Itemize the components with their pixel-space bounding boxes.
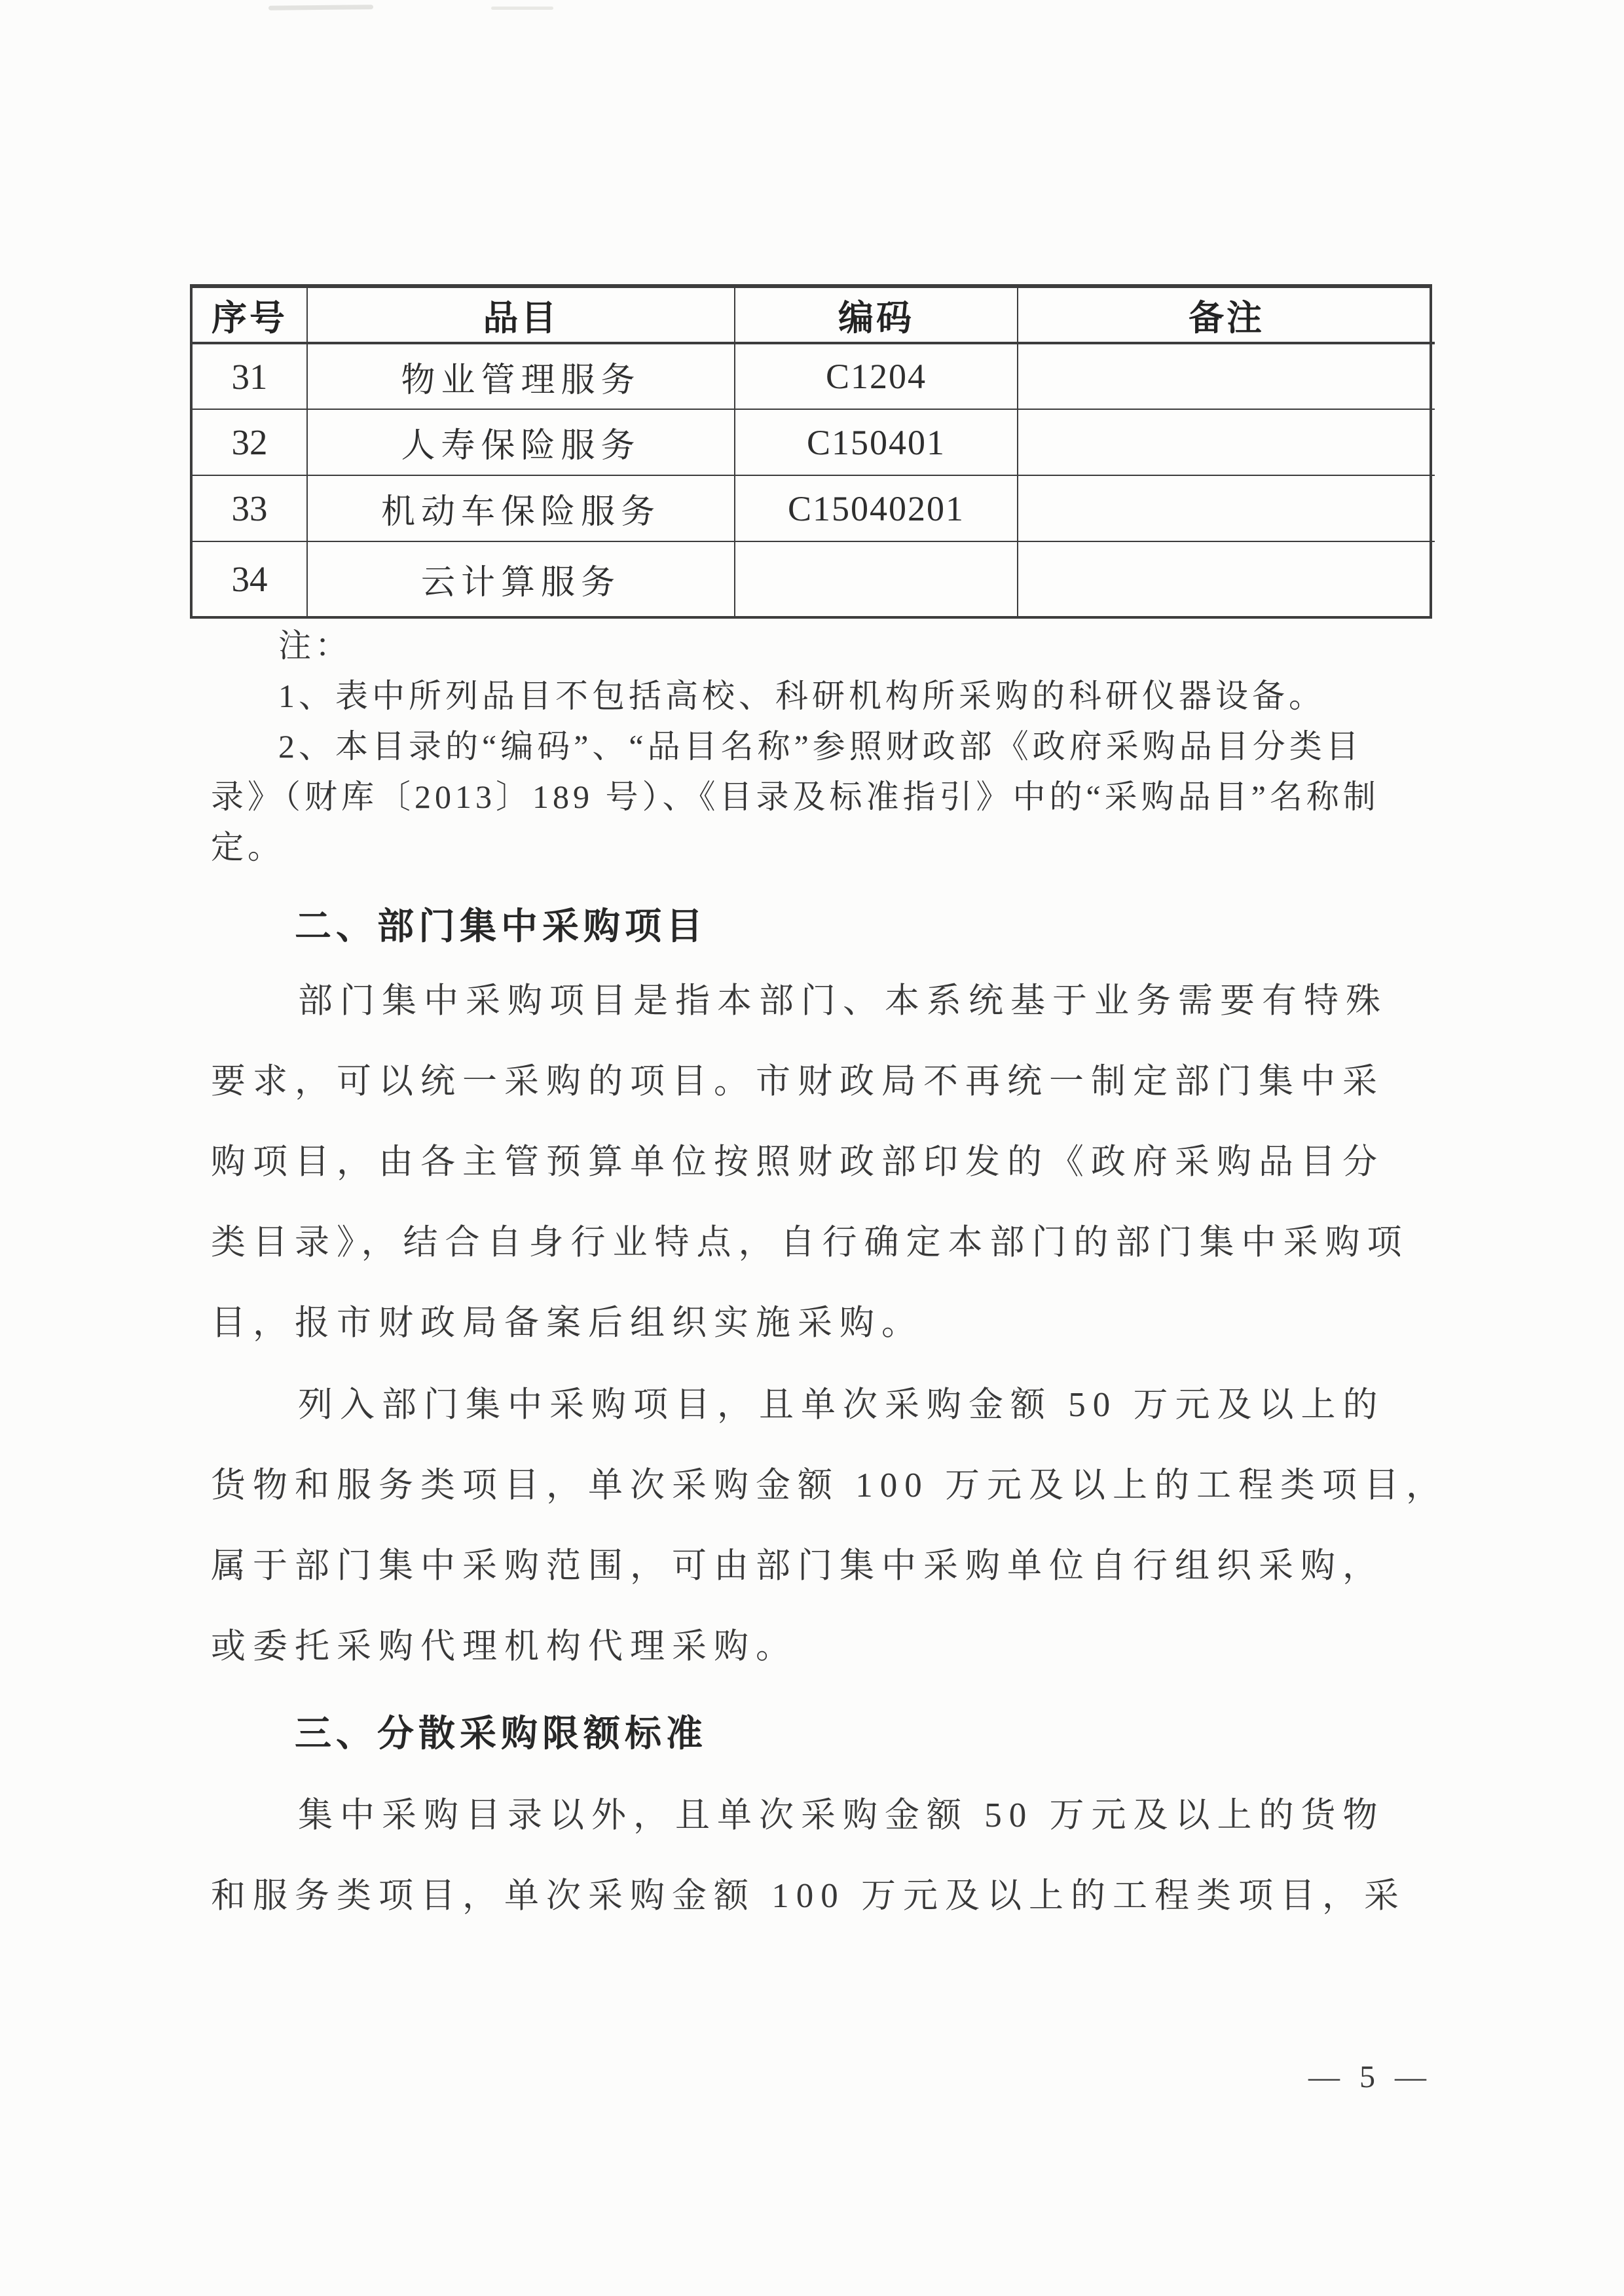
paragraph-line: 和服务类项目，单次采购金额 100 万元及以上的工程类项目，采 [211, 1856, 1435, 1937]
paragraph-line: 货物和服务类项目，单次采购金额 100 万元及以上的工程类项目， [211, 1446, 1435, 1526]
table-row-33-item: 机动车保险服务 [308, 476, 735, 542]
table-row-34-no: 34 [193, 542, 308, 616]
paragraph-line: 或委托采购代理机构代理采购。 [211, 1607, 1435, 1687]
paragraph-line: 类目录》，结合自身行业特点，自行确定本部门的部门集中采购项 [211, 1203, 1435, 1283]
table-row-33-no: 33 [193, 476, 308, 542]
table-row-33-code: C15040201 [735, 476, 1018, 542]
notes-title: 注： [211, 621, 1435, 671]
scan-smudge [268, 5, 373, 10]
table-header-item: 品目 [308, 288, 735, 344]
scan-smudge [491, 7, 553, 10]
dept-paragraph-2: 列入部门集中采购项目，且单次采购金额 50 万元及以上的 货物和服务类项目，单次… [211, 1365, 1435, 1687]
page-number: — 5 — [1048, 2059, 1432, 2096]
section-heading-decentralized-limit: 三、分散采购限额标准 [211, 1705, 1519, 1762]
dept-paragraph-1: 部门集中采购项目是指本部门、本系统基于业务需要有特殊 要求，可以统一采购的项目。… [211, 961, 1435, 1364]
table-row-31-remark [1018, 344, 1435, 410]
table-row-34-item: 云计算服务 [308, 542, 735, 616]
paragraph-line: 列入部门集中采购项目，且单次采购金额 50 万元及以上的 [211, 1365, 1435, 1446]
section-heading-dept-centralized: 二、部门集中采购项目 [211, 898, 1519, 955]
paragraph-line: 部门集中采购项目是指本部门、本系统基于业务需要有特殊 [211, 961, 1435, 1042]
table-row-31-code: C1204 [735, 344, 1018, 410]
table-row-32-no: 32 [193, 410, 308, 476]
table-header-code: 编码 [735, 288, 1018, 344]
paragraph-line: 购项目，由各主管预算单位按照财政部印发的《政府采购品目分 [211, 1122, 1435, 1203]
table-row-32-code: C150401 [735, 410, 1018, 476]
table-row-34-code [735, 542, 1018, 616]
note-item-1: 1、表中所列品目不包括高校、科研机构所采购的科研仪器设备。 [211, 671, 1435, 721]
note-item-2-line-3: 定。 [211, 822, 1435, 873]
document-page: 序号 品目 编码 备注 31 物业管理服务 C1204 32 人寿保险服务 C1… [0, 0, 1624, 2296]
note-item-2-line-1: 2、本目录的“编码”、“品目名称”参照财政部《政府采购品目分类目 [211, 721, 1435, 772]
table-row-32-item: 人寿保险服务 [308, 410, 735, 476]
table-row-34-remark [1018, 542, 1435, 616]
table-header-remark: 备注 [1018, 288, 1435, 344]
table-row-31-no: 31 [193, 344, 308, 410]
table-header-no: 序号 [193, 288, 308, 344]
paragraph-line: 要求，可以统一采购的项目。市财政局不再统一制定部门集中采 [211, 1042, 1435, 1122]
table-notes: 注： 1、表中所列品目不包括高校、科研机构所采购的科研仪器设备。 2、本目录的“… [211, 621, 1435, 873]
note-item-2-line-2: 录》（财库〔2013〕189 号）、《目录及标准指引》中的“采购品目”名称制 [211, 772, 1435, 822]
decentral-paragraph-1: 集中采购目录以外，且单次采购金额 50 万元及以上的货物 和服务类项目，单次采购… [211, 1776, 1435, 1937]
table-row-31-item: 物业管理服务 [308, 344, 735, 410]
paragraph-line: 目，报市财政局备案后组织实施采购。 [211, 1283, 1435, 1364]
procurement-table: 序号 品目 编码 备注 31 物业管理服务 C1204 32 人寿保险服务 C1… [190, 284, 1432, 619]
paragraph-line: 集中采购目录以外，且单次采购金额 50 万元及以上的货物 [211, 1776, 1435, 1856]
table-row-32-remark [1018, 410, 1435, 476]
table-row-33-remark [1018, 476, 1435, 542]
paragraph-line: 属于部门集中采购范围，可由部门集中采购单位自行组织采购， [211, 1526, 1435, 1607]
